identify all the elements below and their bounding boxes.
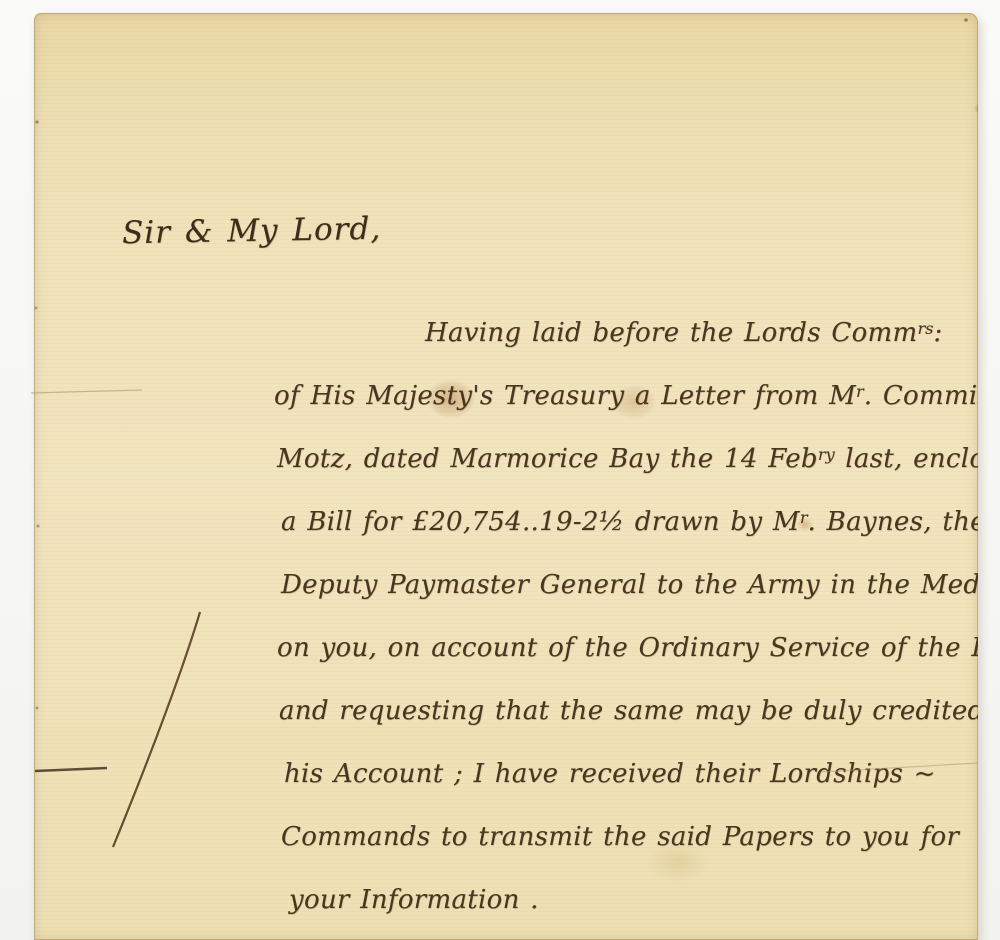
letter-line: Having laid before the Lords Commrs: bbox=[425, 318, 978, 381]
letter-line: Deputy Paymaster General to the Army in … bbox=[281, 570, 978, 633]
letter-body: Having laid before the Lords Commrs:of H… bbox=[34, 318, 978, 940]
letter-line: and requesting that the same may be duly… bbox=[279, 696, 978, 759]
letter-line: a Bill for £20,754..19-2½ drawn by Mr. B… bbox=[281, 507, 978, 570]
letter-line: his Account ; I have received their Lord… bbox=[284, 759, 978, 822]
letter-paper: Sir & My Lord, Having laid before the Lo… bbox=[34, 13, 978, 940]
letter-line: Commands to transmit the said Papers to … bbox=[281, 822, 978, 885]
letter-line: your Information . bbox=[289, 885, 978, 940]
letter-line: on you, on account of the Ordinary Servi… bbox=[277, 633, 978, 696]
salutation: Sir & My Lord, bbox=[122, 211, 382, 252]
stain bbox=[974, 103, 978, 114]
letter-line: Motz, dated Marmorice Bay the 14 Febry l… bbox=[277, 444, 978, 507]
letter-line: of His Majesty's Treasury a Letter from … bbox=[274, 381, 978, 444]
